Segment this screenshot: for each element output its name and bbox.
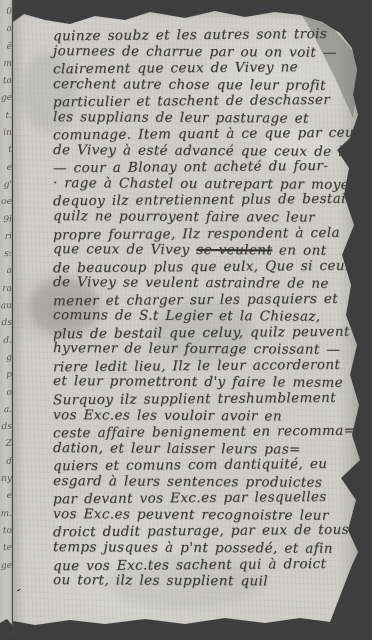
manuscript-line: quinze soubz et les autres sont trois	[53, 26, 361, 45]
crossed-out-words: se veulent	[196, 242, 272, 258]
manuscript-line: clairement que ceux de Vivey ne	[53, 59, 361, 78]
manuscript-line: particulier et taschent de deschasser	[53, 92, 361, 111]
manuscript-line: quilz ne pourroyent faire avec leur	[53, 208, 361, 226]
manuscript-line: comunage. Item quant à ce que par ceux	[53, 125, 361, 144]
manuscript-line: temps jusques à p'nt possedé, et afin	[53, 539, 361, 557]
manuscript-page: quinze soubz et les autres sont trois jo…	[13, 0, 372, 640]
manuscript-line: ou tort, ilz les supplient quil	[53, 572, 361, 590]
manuscript-photo: 0 a ē m ta ge t. in t e g' oe 9i ri s: a…	[0, 0, 372, 640]
manuscript-line: Surquoy ilz supplient treshumblement	[53, 390, 361, 409]
manuscript-line: que ceux de Vivey se veulent en ont	[53, 241, 361, 259]
line-text: en ont	[272, 243, 326, 259]
manuscript-line: par devant vos Exc.es par lesquelles	[53, 489, 361, 508]
manuscript-line: comuns de S.t Legier et la Chiesaz,	[53, 307, 361, 325]
manuscript-line: ceste affaire benignement en recomma=	[53, 423, 361, 442]
manuscript-line: de Vivey se veulent astraindre de ne	[53, 274, 361, 292]
line-text: que ceux de Vivey	[53, 241, 196, 258]
handwritten-text: quinze soubz et les autres sont trois jo…	[53, 27, 361, 590]
manuscript-line: quiers et comuns com dantiquité, eu	[53, 456, 361, 475]
torn-top-edge	[13, 0, 372, 20]
